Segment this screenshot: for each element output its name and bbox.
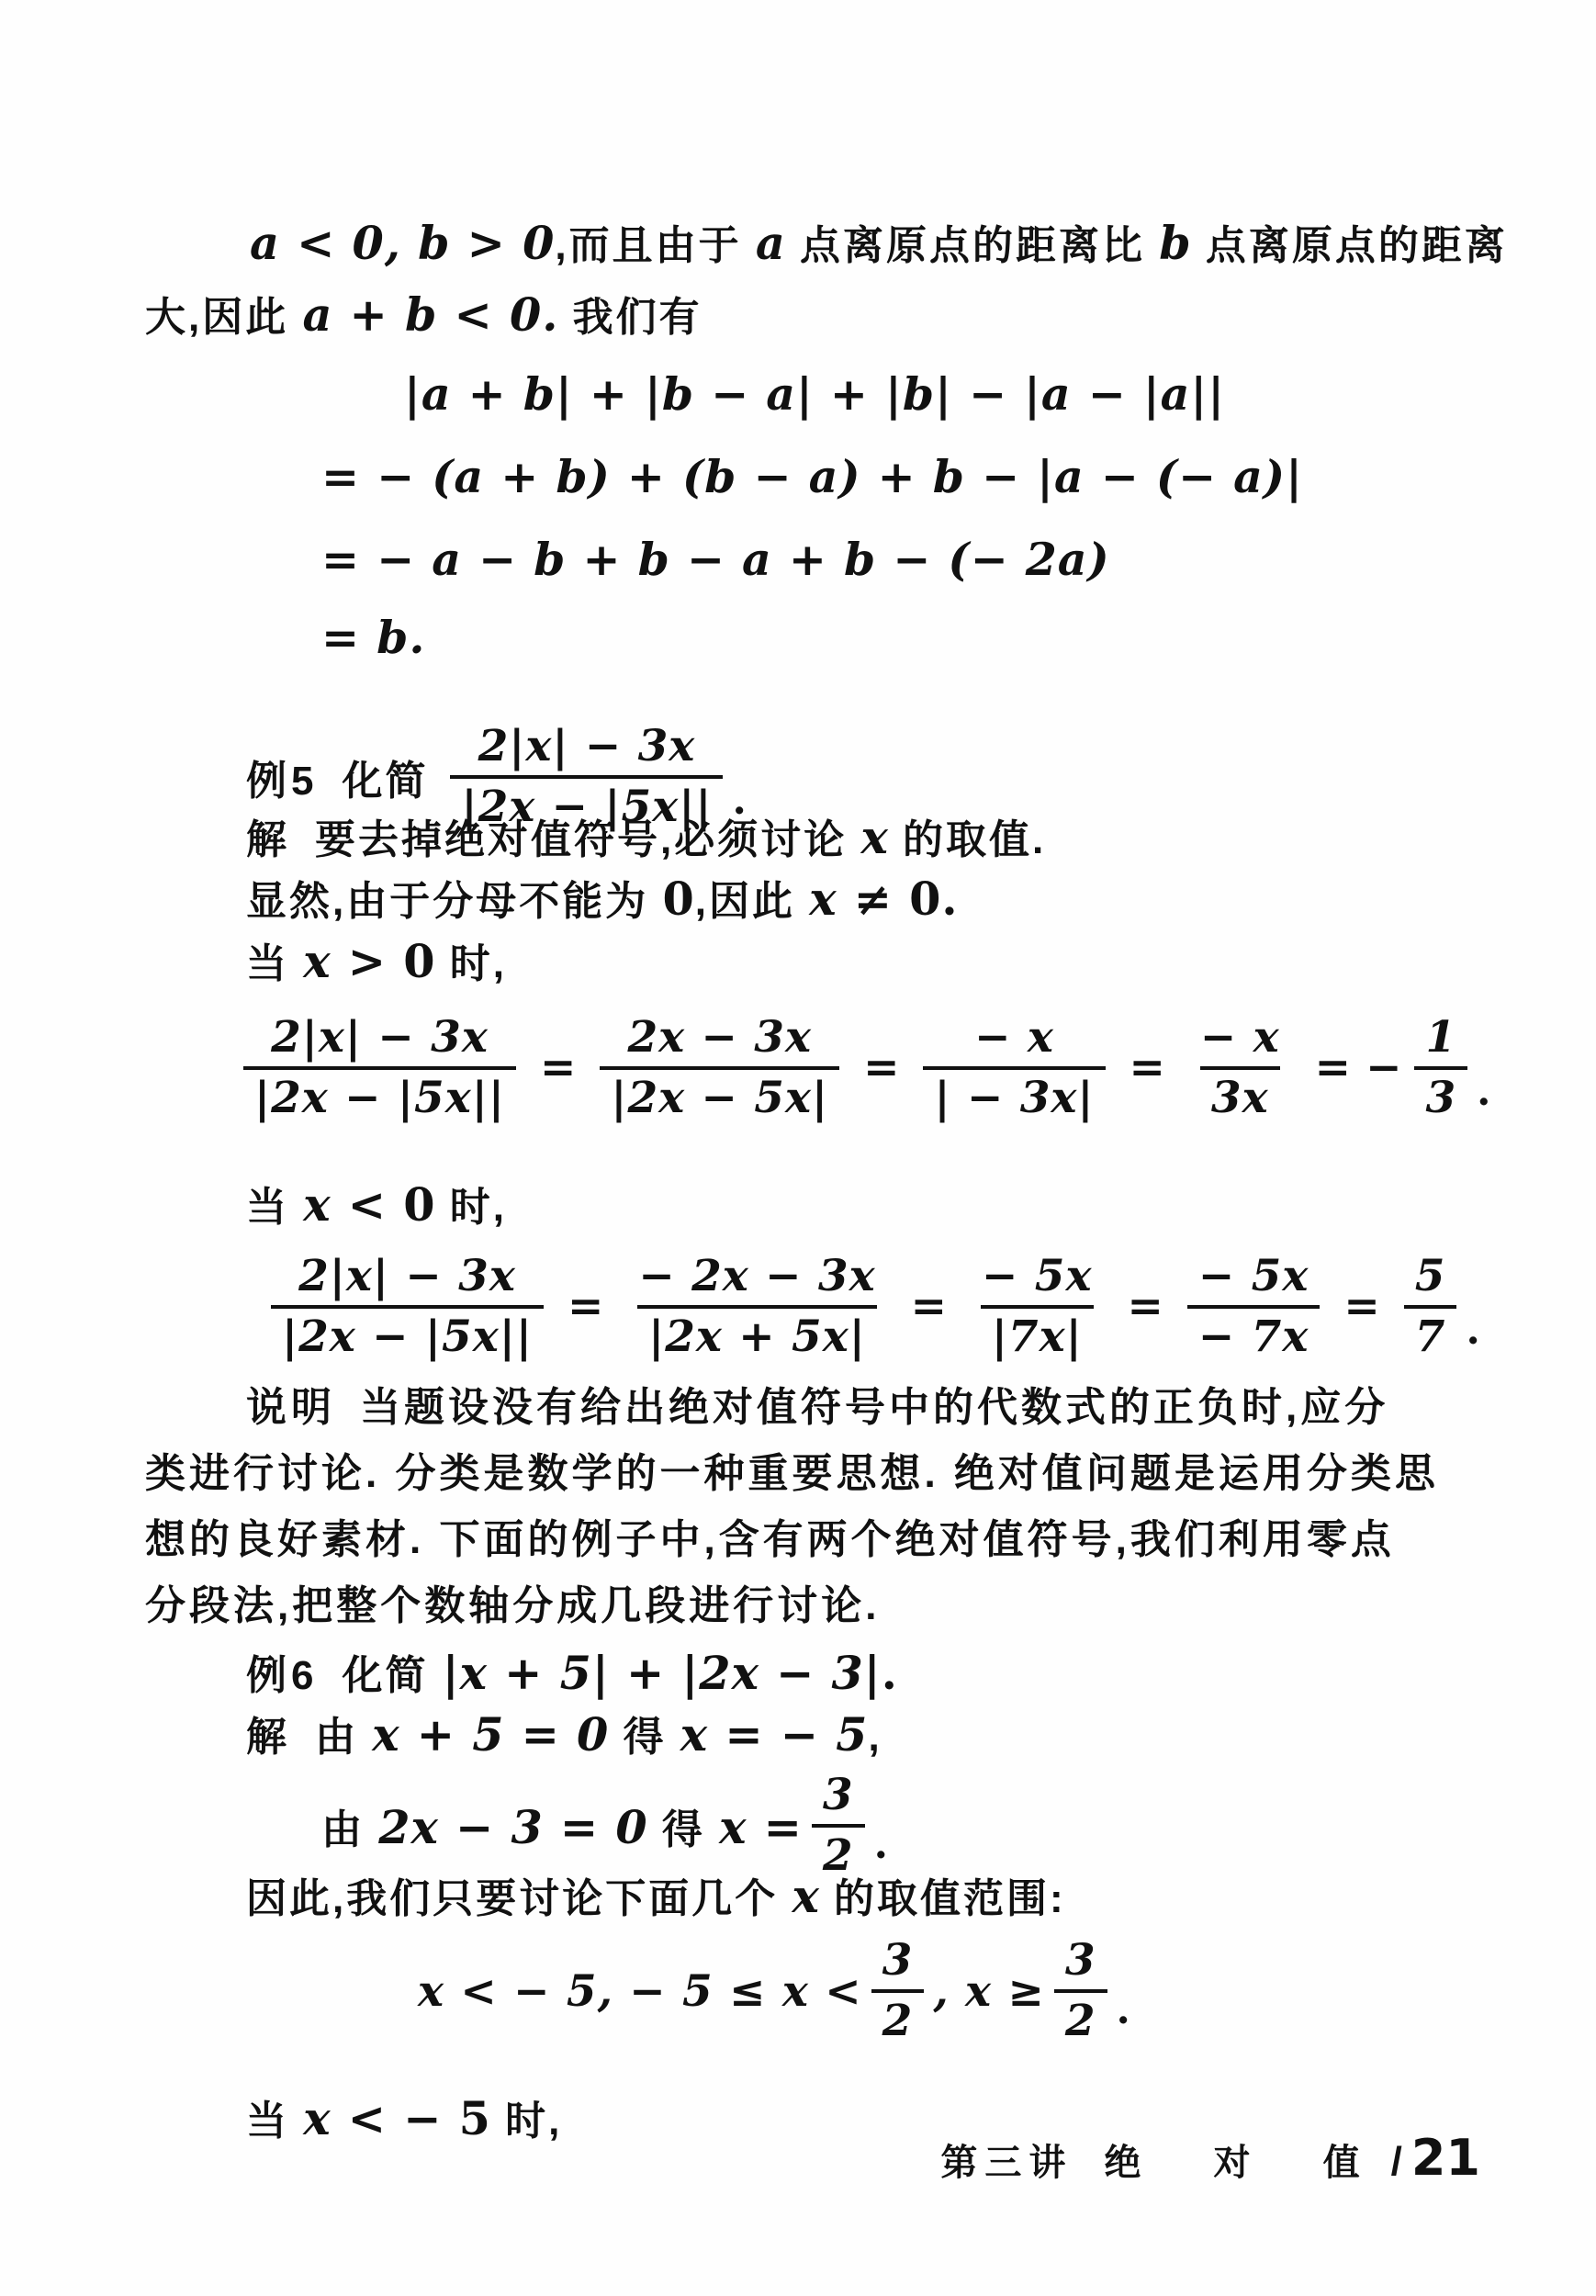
text-segment: x <box>303 1178 331 1232</box>
fraction: − x 3x <box>1189 1012 1291 1124</box>
example6-label: 例6 <box>246 1653 318 1698</box>
fraction-numerator: 5 <box>1404 1251 1457 1305</box>
text-segment: . <box>882 1647 898 1700</box>
footer-section-title: 绝 对 值 <box>1104 2133 1390 2186</box>
period: . <box>1477 1068 1490 1139</box>
ranges-part-1: x < − 5, − 5 ≤ x < <box>418 1966 862 2017</box>
text-segment: 当 <box>246 941 303 986</box>
text-segment: < − 5 <box>332 2092 491 2145</box>
text-segment: 时, <box>435 1185 506 1230</box>
text-segment: ≠ 0. <box>837 872 959 926</box>
fraction-numerator: 2|x| − 3x <box>467 721 707 775</box>
text-segment: 点离原点的距离 <box>1192 223 1508 268</box>
fraction-numerator: 2x − 3x <box>616 1012 823 1066</box>
example6-heading: 例6化简 |x + 5| + |2x − 3|. <box>246 1649 898 1701</box>
text-segment: 当 <box>246 2099 303 2144</box>
text-segment: 的取值范围: <box>820 1876 1066 1921</box>
example5-label: 例5 <box>246 748 318 806</box>
text-segment: > 0 <box>332 935 436 988</box>
text-segment: 得 <box>648 1807 719 1852</box>
remark-line-1: 说明当题设没有给出绝对值符号中的代数式的正负时,应分 <box>246 1382 1388 1434</box>
equals-sign: = <box>911 1281 947 1332</box>
text-segment: 大,因此 <box>145 295 302 340</box>
fraction-denominator: 7 <box>1404 1305 1457 1363</box>
text-segment: 点离原点的距离比 <box>786 223 1159 268</box>
text-segment: |x + 5| + |2x − 3| <box>443 1647 882 1700</box>
fraction-numerator: − x <box>1189 1012 1291 1066</box>
example6-step3: 因此,我们只要讨论下面几个 x 的取值范围: <box>246 1872 1066 1924</box>
remark-line-2: 类进行讨论. 分类是数学的一种重要思想. 绝对值问题是运用分类思 <box>145 1448 1439 1500</box>
remark-label: 说明 <box>246 1385 336 1430</box>
text-segment: 显然,由于分母不能为 <box>246 879 662 924</box>
fraction-denominator: |2x + 5x| <box>637 1305 877 1363</box>
fraction: − x | − 3x| <box>923 1012 1105 1124</box>
fraction-numerator: 3 <box>871 1935 925 1989</box>
text-segment: 由 <box>315 1715 372 1760</box>
equals-sign: = <box>540 1042 576 1093</box>
intro-line-2: 大,因此 a + b < 0. 我们有 <box>145 290 702 343</box>
fraction-numerator: − 2x − 3x <box>627 1251 886 1305</box>
fraction-numerator: − 5x <box>971 1251 1103 1305</box>
text-segment: < 0 <box>332 1178 436 1232</box>
text-segment: 因此,我们只要讨论下面几个 <box>246 1876 792 1921</box>
example6-task: 化简 |x + 5| + |2x − 3|. <box>342 1653 897 1698</box>
fraction: 1 3 <box>1414 1012 1467 1124</box>
period: . <box>1117 1986 1130 2046</box>
equals-sign: = <box>1128 1281 1163 1332</box>
footer-separator: / <box>1391 2139 1402 2185</box>
fraction-numerator: − x <box>963 1012 1065 1066</box>
step1-text: 由 x + 5 = 0 得 x = − 5, <box>315 1715 882 1760</box>
example6-step2: 由 2x − 3 = 0 得 x = 3 2 . <box>321 1771 888 1881</box>
text-segment: ,而且由于 <box>555 223 755 268</box>
text-segment: 得 <box>609 1715 680 1760</box>
text-segment: a + b < 0. <box>302 288 558 342</box>
example5-case-negative: 当 x < 0 时, <box>246 1180 507 1232</box>
fraction: − 5x − 7x <box>1187 1251 1320 1363</box>
fraction: 5 7 <box>1404 1251 1457 1363</box>
text-segment: x <box>303 935 331 988</box>
fraction: − 2x − 3x |2x + 5x| <box>627 1251 886 1363</box>
fraction-numerator: 1 <box>1414 1012 1467 1066</box>
intro-line-1: a < 0, b > 0,而且由于 a 点离原点的距离比 b 点离原点的距离 <box>250 219 1508 271</box>
text-segment: 0 <box>662 872 694 926</box>
derivation-line-1: |a + b| + |b − a| + |b| − |a − |a|| <box>404 367 1225 421</box>
remark-text: 当题设没有给出绝对值符号中的代数式的正负时,应分 <box>360 1385 1388 1430</box>
fraction-denominator: 3 <box>1414 1066 1467 1124</box>
text-segment: a <box>756 217 786 270</box>
fraction-numerator: 3 <box>812 1770 865 1824</box>
fraction: 3 2 <box>1054 1935 1107 2047</box>
fraction: 2|x| − 3x |2x − |5x|| <box>271 1251 544 1363</box>
text-segment: 时, <box>435 941 506 986</box>
solve-text: 要去掉绝对值符号,必须讨论 x 的取值. <box>315 817 1046 862</box>
remark-line-4: 分段法,把整个数轴分成几段进行讨论. <box>145 1581 880 1632</box>
ranges-part-2: , x ≥ <box>933 1966 1045 2017</box>
text-segment: b <box>1159 217 1191 270</box>
remark-line-3: 想的良好素材. 下面的例子中,含有两个绝对值符号,我们利用零点 <box>145 1514 1395 1566</box>
fraction-denominator: |2x − |5x|| <box>271 1305 544 1363</box>
equals-sign: = <box>1343 1281 1379 1332</box>
example6-solve-line: 解由 x + 5 = 0 得 x = − 5, <box>246 1710 882 1762</box>
fraction-denominator: |2x − |5x|| <box>243 1066 516 1124</box>
fraction-denominator: − 7x <box>1187 1305 1320 1363</box>
equals-sign: = <box>1130 1042 1165 1093</box>
text-segment: a < 0, b > 0 <box>250 217 555 270</box>
example5-note-line: 显然,由于分母不能为 0,因此 x ≠ 0. <box>246 874 959 927</box>
text-segment: x <box>792 1870 819 1923</box>
text-segment: x = <box>719 1801 803 1854</box>
fraction-numerator: 3 <box>1054 1935 1107 1989</box>
fraction-numerator: 2|x| − 3x <box>287 1251 527 1305</box>
footer-page-number: 21 <box>1411 2129 1480 2187</box>
text-segment: 我们有 <box>558 295 702 340</box>
footer-chapter: 第三讲 <box>940 2133 1073 2186</box>
fraction: − 5x |7x| <box>971 1251 1103 1363</box>
text-segment: ,因此 <box>695 879 809 924</box>
example5-task: 化简 <box>342 748 428 806</box>
page-footer: 第三讲 绝 对 值 / 21 <box>940 2129 1480 2187</box>
text-segment: x <box>860 811 888 864</box>
fraction-denominator: 2 <box>1054 1989 1107 2047</box>
equals-sign: = <box>568 1281 603 1332</box>
fraction-denominator: | − 3x| <box>923 1066 1105 1124</box>
text-segment: 要去掉绝对值符号,必须讨论 <box>315 817 860 862</box>
fraction-denominator: |7x| <box>981 1305 1094 1363</box>
period: . <box>1466 1307 1479 1378</box>
fraction: 3 2 <box>871 1935 925 2047</box>
example6-ranges: x < − 5, − 5 ≤ x < 3 2 , x ≥ 3 2 . <box>418 1936 1130 2046</box>
fraction: 2x − 3x |2x − 5x| <box>600 1012 839 1124</box>
fraction-denominator: |2x − 5x| <box>600 1066 839 1124</box>
solve-label: 解 <box>246 817 291 862</box>
equals-sign: = <box>863 1042 899 1093</box>
text-segment: 2x − 3 = 0 <box>378 1801 647 1854</box>
equation-x-positive: 2|x| − 3x |2x − |5x|| = 2x − 3x |2x − 5x… <box>234 996 1490 1139</box>
text-segment: 时, <box>491 2099 562 2144</box>
text-segment: x <box>809 872 837 926</box>
text-segment: x <box>303 2092 331 2145</box>
text-segment: x = − 5 <box>680 1708 869 1761</box>
scanned-textbook-page: a < 0, b > 0,而且由于 a 点离原点的距离比 b 点离原点的距离 大… <box>0 0 1596 2296</box>
equation-x-negative: 2|x| − 3x |2x − |5x|| = − 2x − 3x |2x + … <box>262 1235 1480 1378</box>
fraction: 3 2 <box>812 1770 865 1882</box>
text-segment: , <box>868 1715 882 1760</box>
example6-case-1: 当 x < − 5 时, <box>246 2094 562 2146</box>
solve-label: 解 <box>246 1715 291 1760</box>
text-segment: 当 <box>246 1185 303 1230</box>
minus-sign: − <box>1366 1042 1401 1093</box>
step2-text: 由 2x − 3 = 0 得 x = <box>321 1796 803 1855</box>
fraction-numerator: − 5x <box>1187 1251 1320 1305</box>
example5-case-positive: 当 x > 0 时, <box>246 937 507 989</box>
text-segment: 的取值. <box>889 817 1046 862</box>
text-segment: 由 <box>321 1807 378 1852</box>
derivation-line-2: = − (a + b) + (b − a) + b − |a − (− a)| <box>321 450 1303 503</box>
fraction-denominator: 2 <box>871 1989 925 2047</box>
equals-sign: = <box>1315 1042 1351 1093</box>
example5-solve-line: 解要去掉绝对值符号,必须讨论 x 的取值. <box>246 813 1046 865</box>
fraction-numerator: 2|x| − 3x <box>260 1012 500 1066</box>
derivation-line-4: = b. <box>321 611 425 664</box>
text-segment: x + 5 = 0 <box>372 1708 609 1761</box>
text-segment: 化简 <box>342 1653 442 1698</box>
derivation-line-3: = − a − b + b − a + b − (− 2a) <box>321 533 1110 586</box>
fraction: 2|x| − 3x |2x − |5x|| <box>243 1012 516 1124</box>
fraction-denominator: 3x <box>1200 1066 1280 1124</box>
